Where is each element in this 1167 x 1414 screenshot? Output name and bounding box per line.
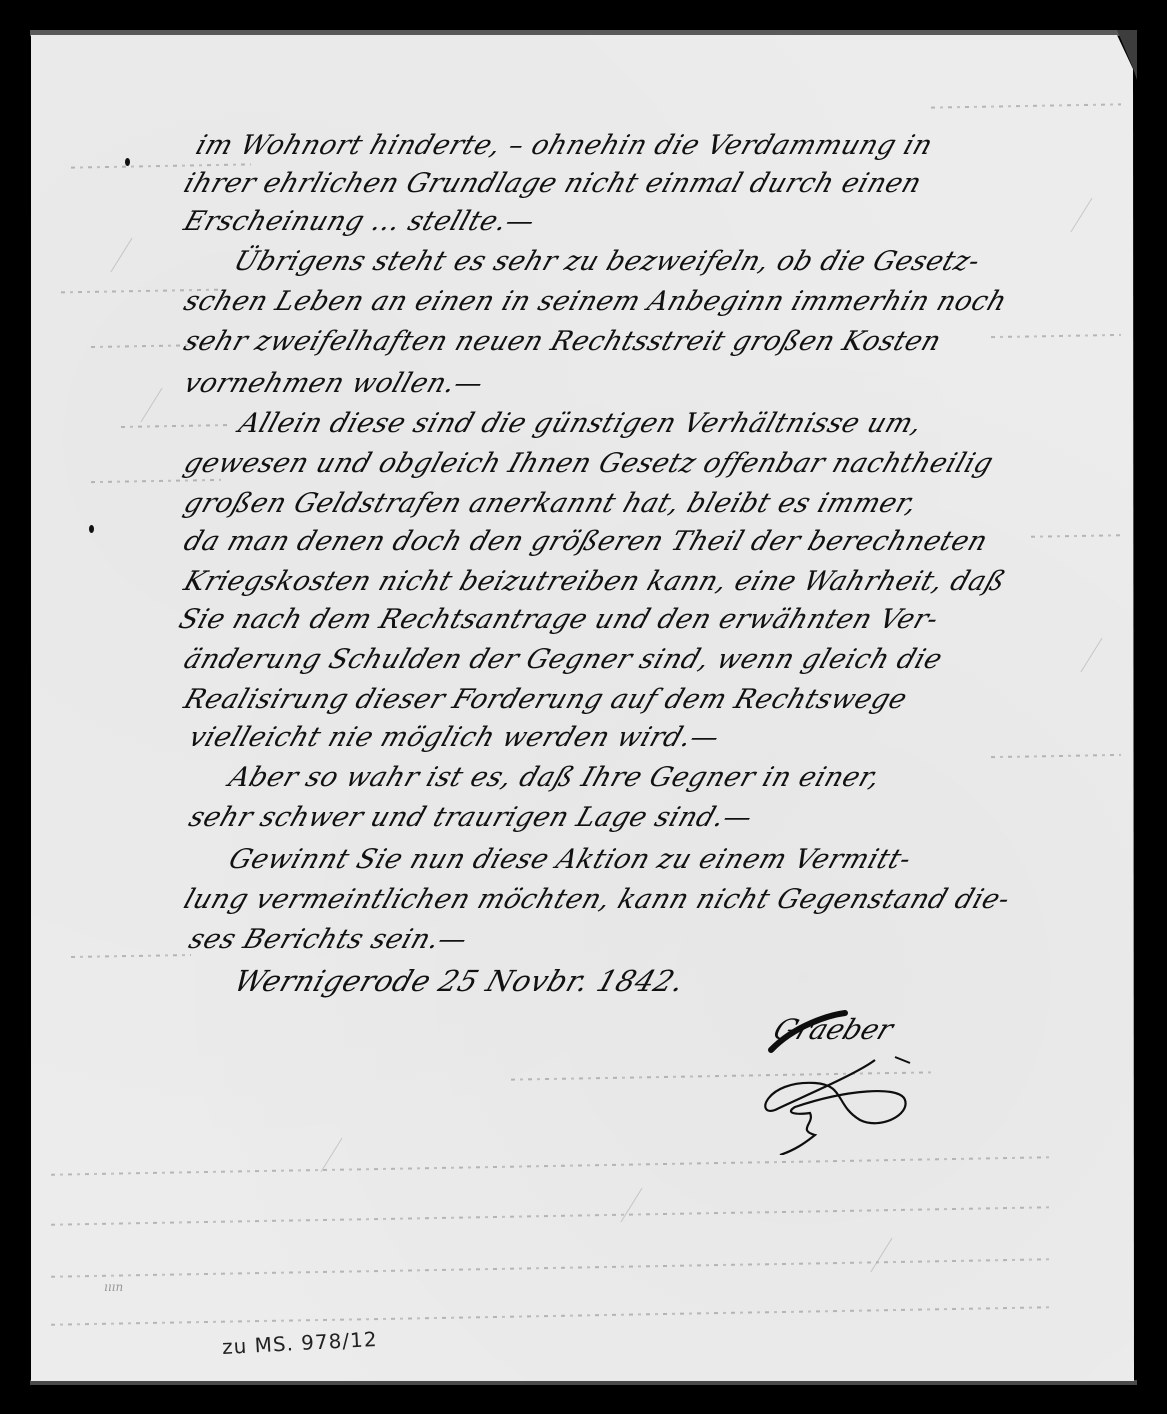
signature: Graeber [765,1005,965,1155]
ink-blot [89,525,94,533]
text-line: Realisirung dieser Forderung auf dem Rec… [180,684,911,715]
text-line: vielleicht nie möglich werden wird.— [185,722,724,753]
ink-blot [125,158,130,166]
text-line: Kriegskosten nicht beizutreiben kann, ei… [180,566,1009,597]
text-line: Übrigens steht es sehr zu bezweifeln, ob… [230,246,984,277]
text-line: schen Leben an einen in seinem Anbeginn … [180,286,1011,317]
text-line: großen Geldstrafen anerkannt hat, bleibt… [180,488,921,519]
text-line: ihrer ehrlichen Grundlage nicht einmal d… [180,168,926,199]
signature-flourish-icon [735,1005,935,1155]
text-line: änderung Schulden der Gegner sind, wenn … [180,644,946,675]
text-line: lung vermeintlichen möchten, kann nicht … [180,884,1014,915]
text-line: Allein diese sind die günstigen Verhältn… [235,408,926,439]
text-line: da man denen doch den größeren Theil der… [180,526,992,557]
text-line: im Wohnort hinderte, – ohnehin die Verda… [192,130,937,161]
text-line: Gewinnt Sie nun diese Aktion zu einem Ve… [225,844,915,875]
faint-margin-note: ııın [104,1280,123,1294]
text-line: sehr schwer und traurigen Lage sind.— [185,802,757,833]
text-line: Sie nach dem Rechtsantrage und den erwäh… [175,604,943,635]
date-line: Wernigerode 25 Novbr. 1842. [230,964,689,998]
text-line: ses Berichts sein.— [185,924,471,955]
text-line: sehr zweifelhaften neuen Rechtsstreit gr… [180,326,945,357]
text-line: Aber so wahr ist es, daß Ihre Gegner in … [225,762,884,793]
text-line: vornehmen wollen.— [180,368,487,399]
text-line: Erscheinung ... stellte.— [180,206,539,237]
text-line: gewesen und obgleich Ihnen Gesetz offenb… [180,448,997,479]
